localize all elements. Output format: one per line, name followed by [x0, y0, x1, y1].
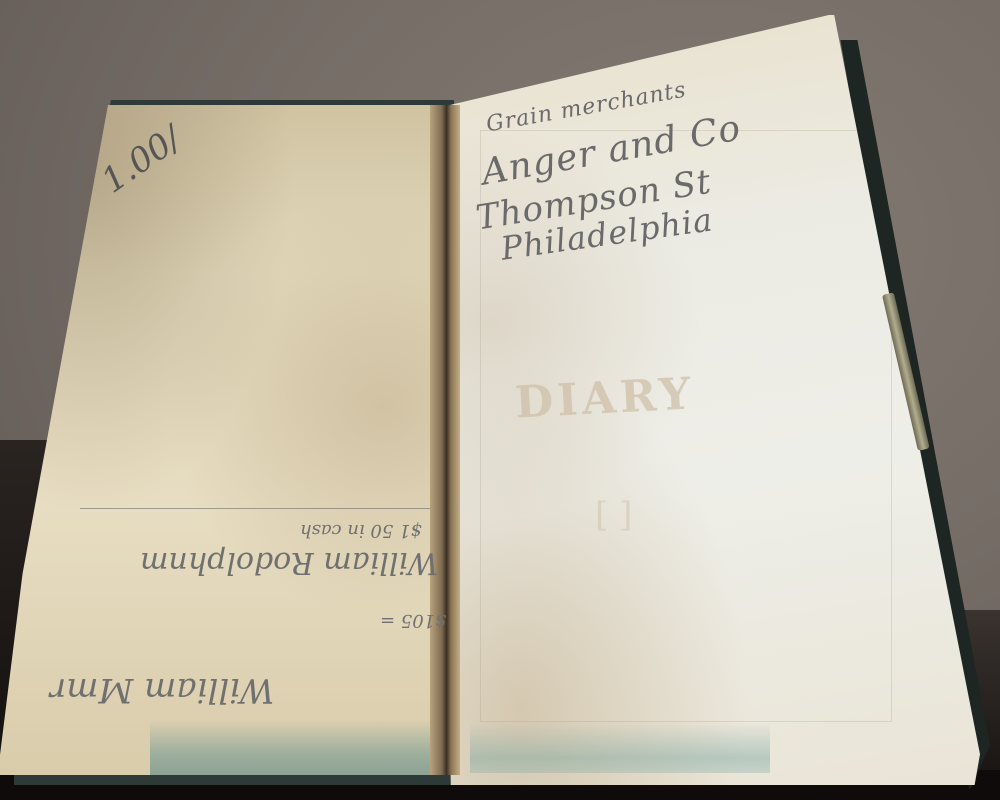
upside-note: $105 =	[380, 610, 447, 631]
pencil-rule-line	[80, 508, 435, 509]
upside-note: William Mmr	[50, 670, 274, 710]
book-gutter	[430, 105, 460, 775]
upside-note: William Rodolphnm	[140, 545, 438, 580]
upside-note: $1 50 in cash	[300, 520, 422, 541]
printed-title: DIARY	[514, 368, 696, 428]
water-stain	[470, 723, 770, 773]
ghost-bracket: [ ]	[595, 495, 632, 535]
photo-scene: 1.00/ $1 50 in cash William Rodolphnm $1…	[0, 0, 1000, 800]
water-stain	[150, 720, 430, 775]
